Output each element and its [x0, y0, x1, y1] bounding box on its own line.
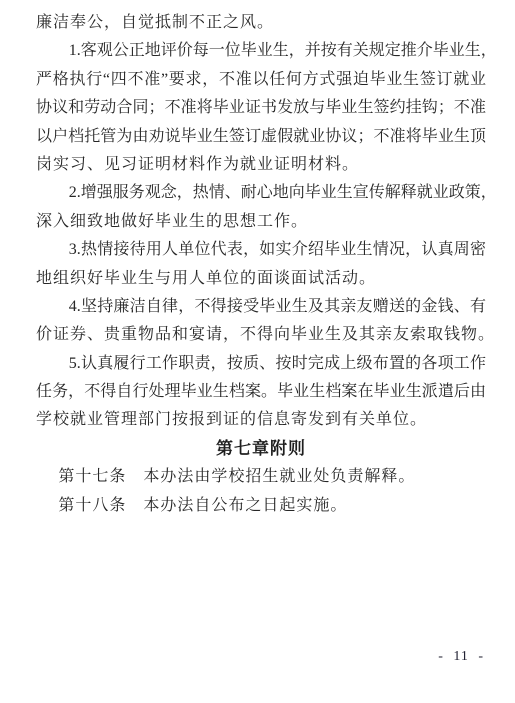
document-page: { "doc": { "background": "#ffffff", "tex…	[0, 0, 515, 703]
body-line: 深入细致地做好毕业生的思想工作。	[36, 208, 486, 236]
article-line: 第十七条 本办法由学校招生就业处负责解释。	[36, 463, 486, 491]
body-line: 廉洁奉公，自觉抵制不正之风。	[36, 9, 486, 37]
chapter-heading: 第七章附则	[36, 435, 486, 463]
document-body: 廉洁奉公，自觉抵制不正之风。 1.客观公正地评价每一位毕业生，并按有关规定推介毕…	[36, 9, 486, 520]
body-line: 岗实习、见习证明材料作为就业证明材料。	[36, 151, 486, 179]
body-line: 价证券、贵重物品和宴请，不得向毕业生及其亲友索取钱物。	[36, 321, 486, 349]
body-line: 2.增强服务观念，热情、耐心地向毕业生宣传解释就业政策，	[36, 179, 486, 207]
body-line: 任务，不得自行处理毕业生档案。毕业生档案在毕业生派遣后由	[36, 378, 486, 406]
body-line: 严格执行“四不准”要求，不准以任何方式强迫毕业生签订就业	[36, 66, 486, 94]
body-line: 协议和劳动合同；不准将毕业证书发放与毕业生签约挂钩；不准	[36, 94, 486, 122]
body-line: 3.热情接待用人单位代表，如实介绍毕业生情况，认真周密	[36, 236, 486, 264]
body-line: 4.坚持廉洁自律，不得接受毕业生及其亲友赠送的金钱、有	[36, 293, 486, 321]
article-line: 第十八条 本办法自公布之日起实施。	[36, 492, 486, 520]
body-line: 学校就业管理部门按报到证的信息寄发到有关单位。	[36, 406, 486, 434]
page-number: - 11 -	[438, 648, 484, 666]
body-line: 1.客观公正地评价每一位毕业生，并按有关规定推介毕业生，	[36, 37, 486, 65]
body-line: 5.认真履行工作职责，按质、按时完成上级布置的各项工作	[36, 350, 486, 378]
body-line: 以户档托管为由劝说毕业生签订虚假就业协议；不准将毕业生顶	[36, 123, 486, 151]
body-line: 地组织好毕业生与用人单位的面谈面试活动。	[36, 265, 486, 293]
